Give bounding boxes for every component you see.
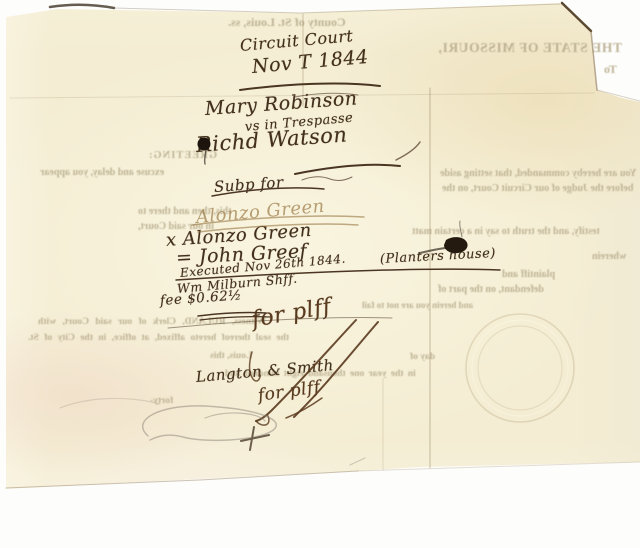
showthrough-state-heading: THE STATE OF MISSOURI,	[438, 40, 622, 56]
showthrough-plaintiff-and: plaintiff and	[502, 269, 555, 280]
showthrough-before-judge: before the Judge of our Circuit Court, o…	[442, 183, 633, 194]
showthrough-louis-this: Louis, this	[210, 351, 252, 361]
showthrough-seal-affixed: the seal thereof hereto affixed, at offi…	[28, 333, 289, 343]
showthrough-day-of: day of	[410, 352, 435, 362]
showthrough-testify: testify, and the truth to say in a certa…	[412, 226, 600, 237]
showthrough-herein-fail: and herein you are not to fail	[362, 300, 473, 310]
showthrough-forty: forty-	[150, 396, 173, 406]
showthrough-to-label: To	[604, 62, 617, 77]
showthrough-excuse-delay: excuse and delay, you appear	[40, 167, 164, 178]
showthrough-defendant-part: defendant, on the part of	[438, 284, 544, 295]
scanned-document-canvas: County of St. Louis, ss. THE STATE OF MI…	[0, 0, 640, 548]
showthrough-wherein: wherein	[592, 251, 626, 262]
showthrough-commanded: You are hereby commanded, that setting a…	[440, 168, 637, 179]
showthrough-witness-clerk: Witness, RULAND, Clerk of our said Court…	[38, 317, 266, 327]
